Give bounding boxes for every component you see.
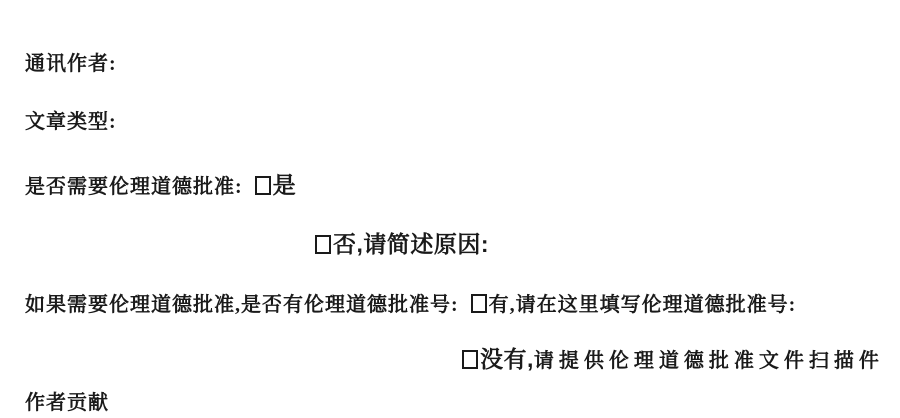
field-corresponding-author: 通讯作者: [25, 47, 117, 76]
checkbox-approval-has-icon[interactable] [471, 294, 487, 313]
author-contribution-label: 作者贡献 [25, 392, 109, 414]
field-ethics-required: 是否需要伦理道德批准:是 [25, 167, 296, 200]
field-approval-number: 如果需要伦理道德批准,是否有伦理道德批准号:有,请在这里填写伦理道德批准号: [25, 288, 796, 317]
article-type-label: 文章类型: [25, 111, 117, 133]
document-page: 通讯作者: 文章类型: 是否需要伦理道德批准:是 否,请简述原因: 如果需要伦理… [0, 0, 900, 418]
checkbox-approval-none-icon[interactable] [462, 350, 478, 369]
ethics-required-label: 是否需要伦理道德批准: [25, 176, 243, 198]
approval-none-prefix-label: 没有, [480, 346, 534, 372]
approval-none-option: 没有,请提供伦理道德批准文件扫描件 [462, 341, 884, 374]
ethics-yes-label: 是 [273, 172, 297, 198]
author-contribution-heading: 作者贡献 [25, 386, 109, 415]
ethics-no-label: 否,请简述原因: [333, 231, 489, 257]
checkbox-ethics-no-icon[interactable] [315, 235, 331, 254]
approval-has-option: 有,请在这里填写伦理道德批准号: [471, 294, 797, 316]
approval-none-suffix-label: 请提供伦理道德批准文件扫描件 [534, 350, 884, 372]
field-article-type: 文章类型: [25, 105, 117, 134]
ethics-yes-option: 是 [255, 172, 297, 198]
ethics-no-option: 否,请简述原因: [315, 226, 489, 259]
corresponding-author-label: 通讯作者: [25, 53, 117, 75]
approval-has-label: 有,请在这里填写伦理道德批准号: [489, 294, 797, 316]
approval-number-label: 如果需要伦理道德批准,是否有伦理道德批准号: [25, 294, 459, 316]
checkbox-ethics-yes-icon[interactable] [255, 176, 271, 195]
